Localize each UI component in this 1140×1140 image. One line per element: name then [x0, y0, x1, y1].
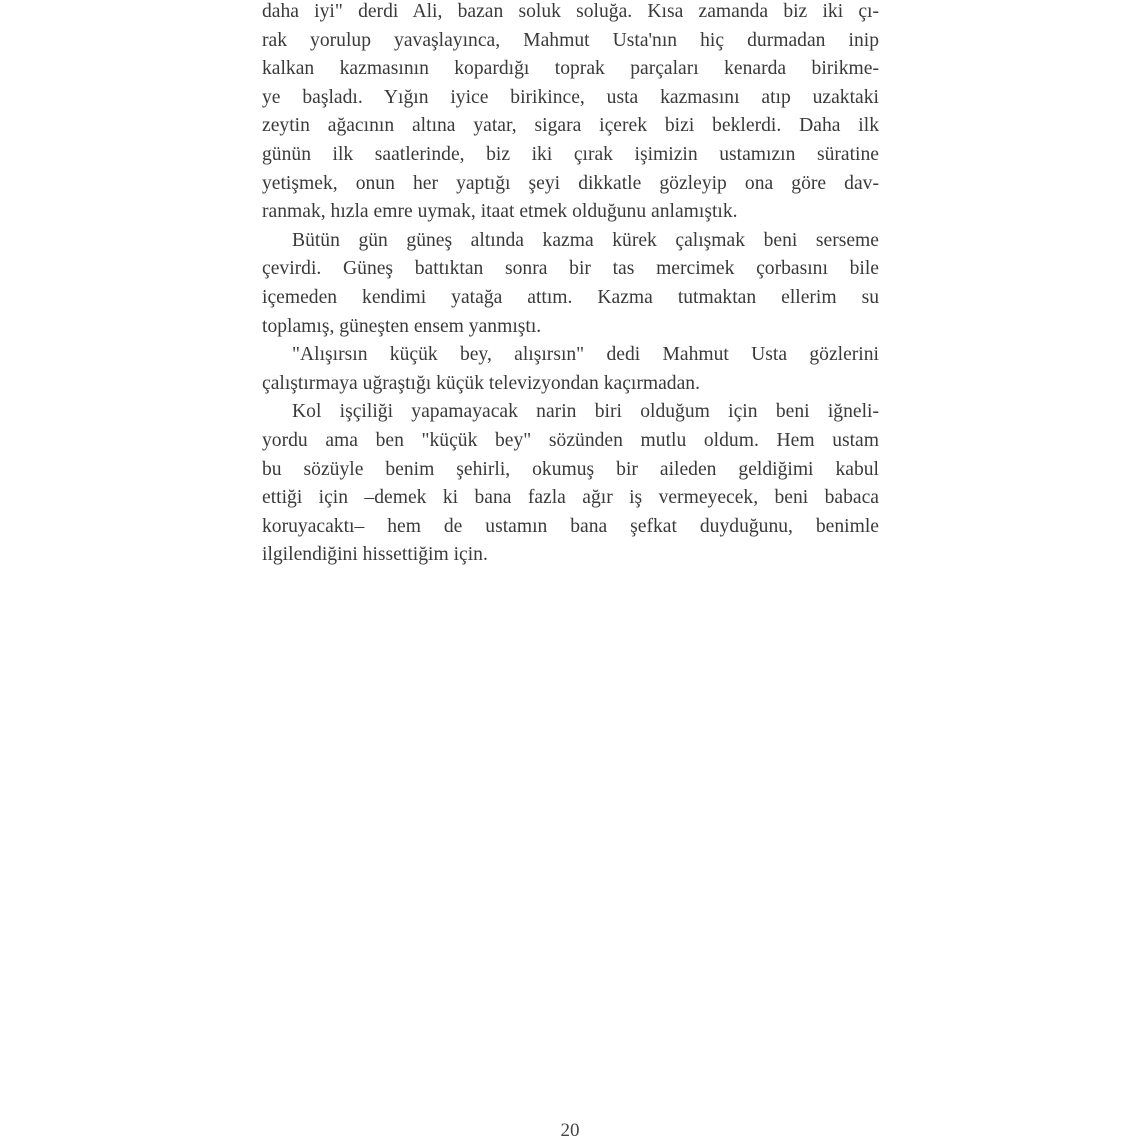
paragraph: "Alışırsın küçük bey, alışırsın" dedi Ma… — [262, 341, 879, 398]
paragraph-continued: daha iyi" derdi Ali, bazan soluk soluğa.… — [262, 0, 879, 227]
text-line: zeytin ağacının altına yatar, sigara içe… — [262, 112, 879, 141]
text-line: bu sözüyle benim şehirli, okumuş bir ail… — [262, 456, 879, 485]
page-number: 20 — [0, 1120, 1140, 1140]
text-line: ye başladı. Yığın iyice birikince, usta … — [262, 84, 879, 113]
text-line: daha iyi" derdi Ali, bazan soluk soluğa.… — [262, 0, 879, 27]
text-line: ilgilendiğini hissettiğim için. — [262, 541, 879, 570]
text-line: çalıştırmaya uğraştığı küçük televizyond… — [262, 370, 879, 399]
page-body-text: daha iyi" derdi Ali, bazan soluk soluğa.… — [262, 0, 879, 570]
text-line: günün ilk saatlerinde, biz iki çırak işi… — [262, 141, 879, 170]
text-line: Kol işçiliği yapamayacak narin biri oldu… — [262, 398, 879, 427]
paragraph: Kol işçiliği yapamayacak narin biri oldu… — [262, 398, 879, 570]
text-line: kalkan kazmasının kopardığı toprak parça… — [262, 55, 879, 84]
text-line: içemeden kendimi yatağa attım. Kazma tut… — [262, 284, 879, 313]
text-line: yetişmek, onun her yaptığı şeyi dikkatle… — [262, 170, 879, 199]
text-line: Bütün gün güneş altında kazma kürek çalı… — [262, 227, 879, 256]
text-line: rak yorulup yavaşlayınca, Mahmut Usta'nı… — [262, 27, 879, 56]
text-line: ettiği için –demek ki bana fazla ağır iş… — [262, 484, 879, 513]
text-line: koruyacaktı– hem de ustamın bana şefkat … — [262, 513, 879, 542]
text-line: toplamış, güneşten ensem yanmıştı. — [262, 313, 879, 342]
text-line: yordu ama ben "küçük bey" sözünden mutlu… — [262, 427, 879, 456]
paragraph: Bütün gün güneş altında kazma kürek çalı… — [262, 227, 879, 341]
text-line: "Alışırsın küçük bey, alışırsın" dedi Ma… — [262, 341, 879, 370]
text-line: ranmak, hızla emre uymak, itaat etmek ol… — [262, 198, 879, 227]
text-line: çevirdi. Güneş battıktan sonra bir tas m… — [262, 255, 879, 284]
